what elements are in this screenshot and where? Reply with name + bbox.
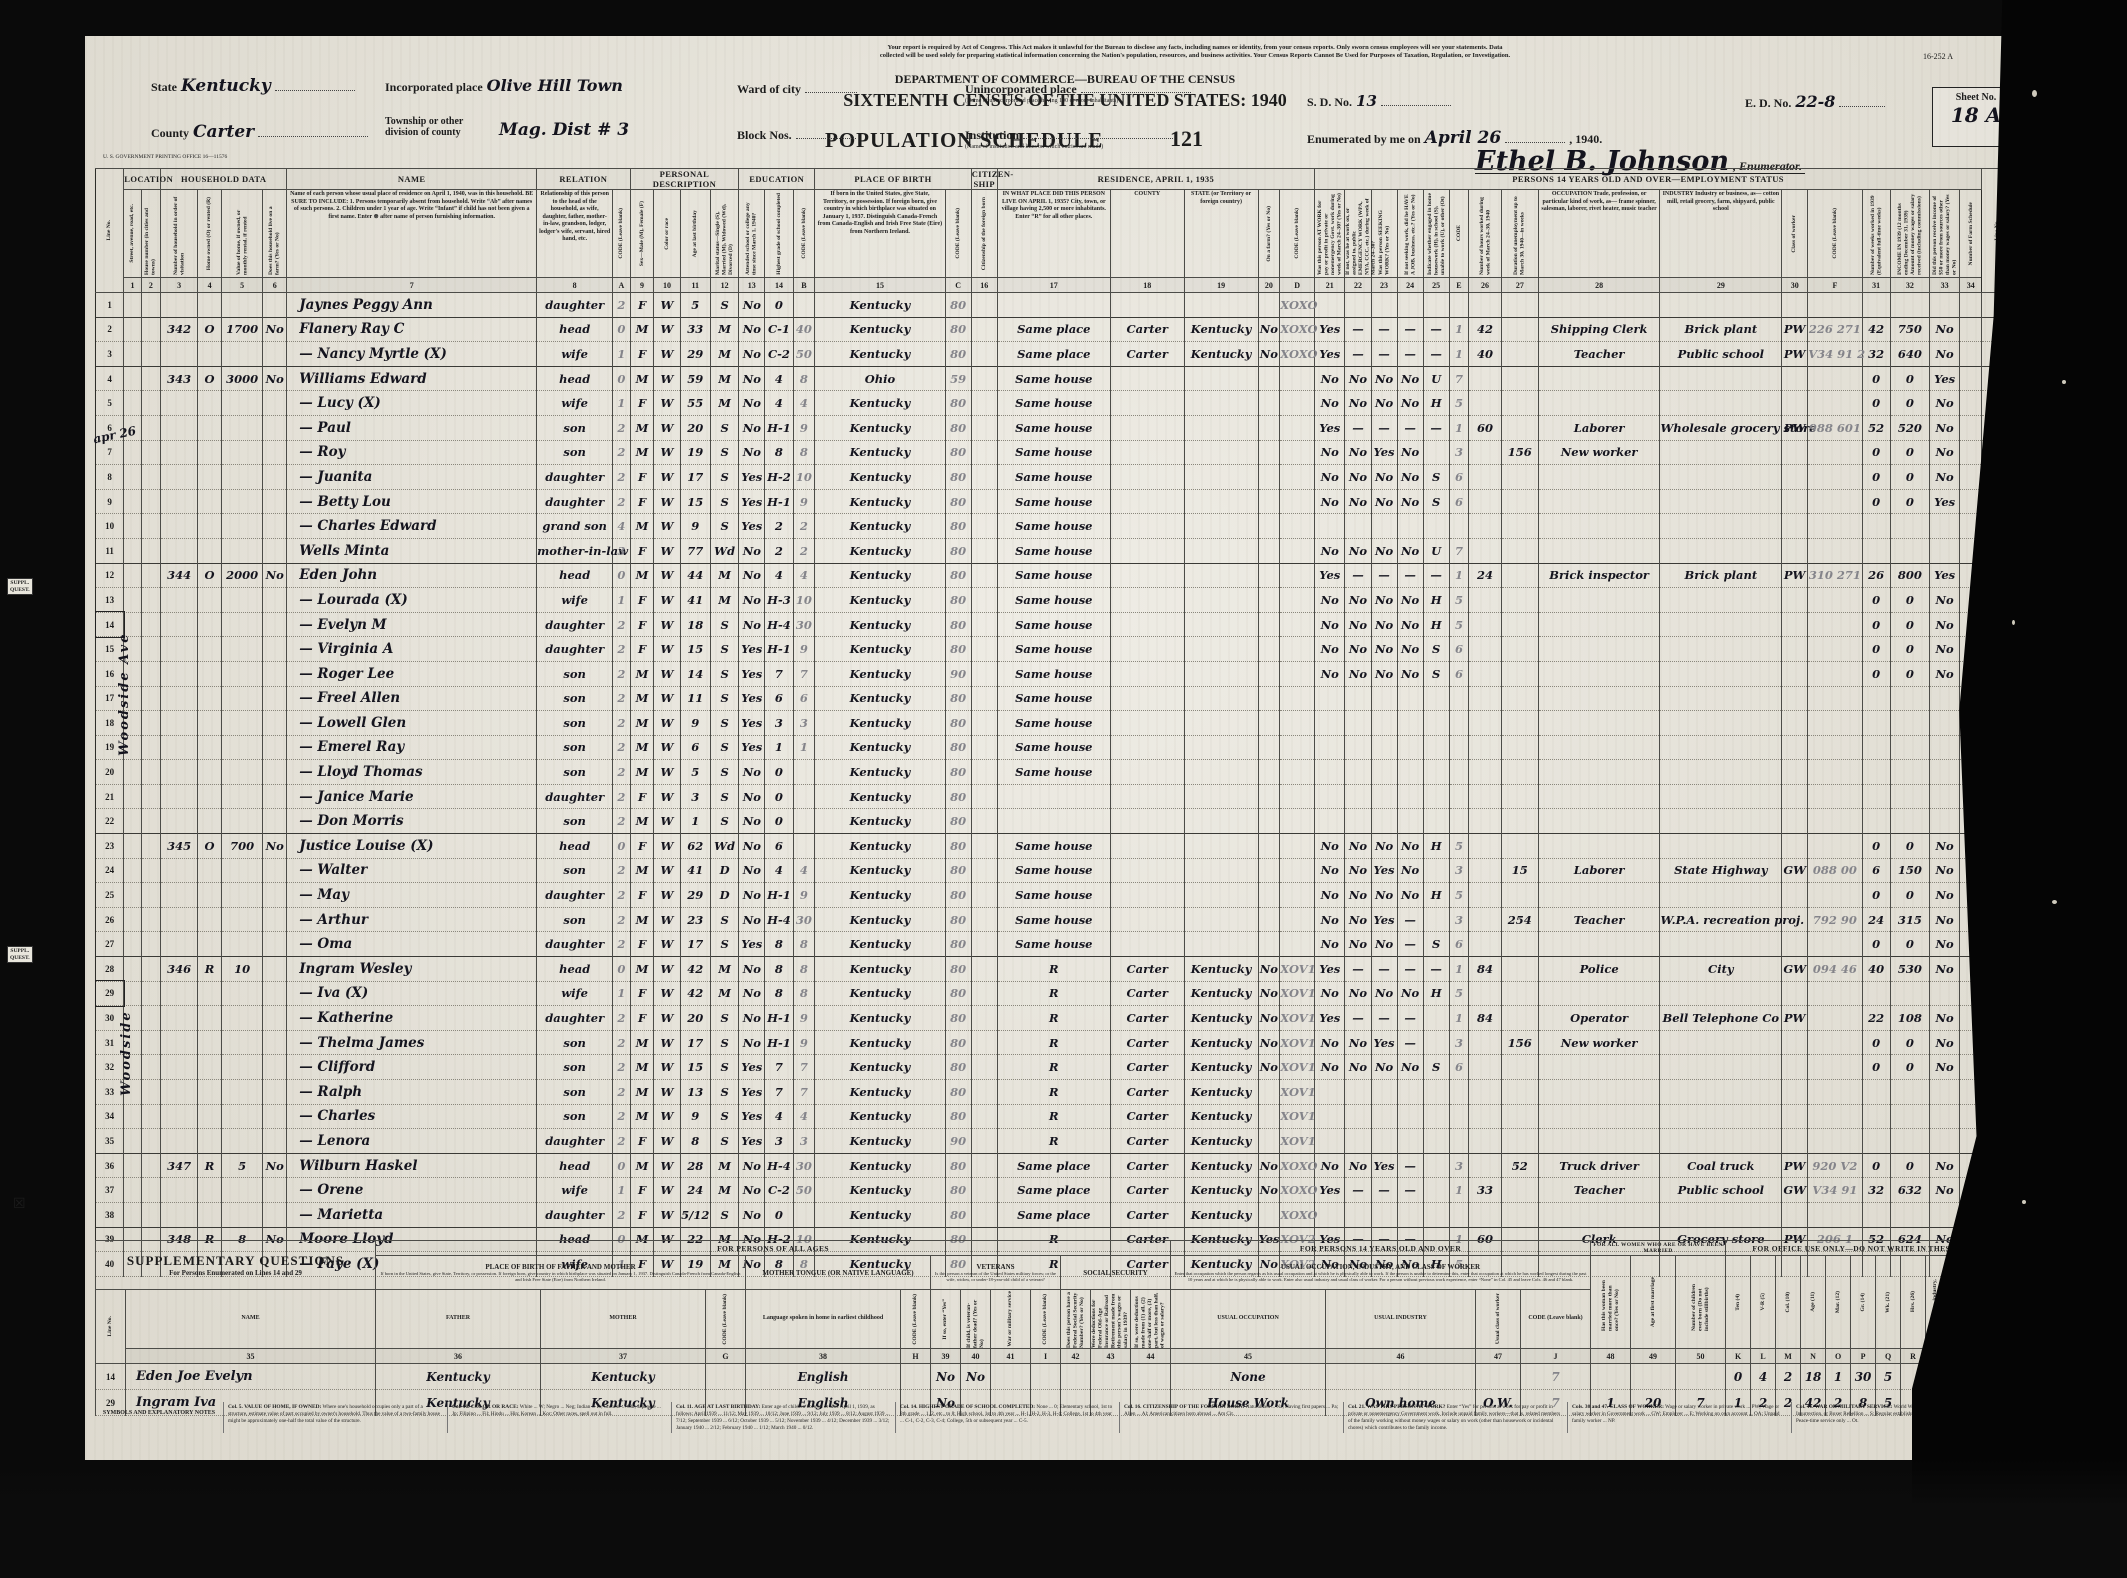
grid-cell [263, 440, 287, 465]
grid-cell [971, 415, 997, 440]
grid-cell: 2 [613, 415, 630, 440]
grid-cell: No [1345, 489, 1371, 514]
supplementary-questions-table: SUPPLEMENTARY QUESTIONSFor Persons Enume… [95, 1240, 2056, 1416]
grid-cell: 30 [793, 907, 815, 932]
grid-cell: No [1929, 1178, 1959, 1203]
grid-cell: No [1315, 858, 1345, 883]
grid-cell [1184, 366, 1258, 391]
table-row: 6— Paulson2MW20SNoH-19Kentucky80Same hou… [96, 415, 2013, 440]
grid-cell [1501, 1006, 1538, 1031]
grid-cell [1501, 735, 1538, 760]
grid-cell: 14 [96, 1364, 126, 1390]
table-row: 1Jaynes Peggy Anndaughter2FW5SNo0Kentuck… [96, 293, 2013, 318]
unincorporated-field: Unincorporated place (Name of unincorpor… [965, 80, 1225, 104]
grid-cell: Same house [997, 834, 1110, 859]
grid-cell [971, 784, 997, 809]
grid-cell: O [198, 317, 222, 342]
grid-cell [141, 760, 161, 785]
column-header: Number of Farm Schedule [1960, 190, 1982, 278]
grid-cell: Operator [1538, 1006, 1660, 1031]
column-header: USUAL OCCUPATION [1171, 1290, 1326, 1349]
grid-cell: daughter [537, 637, 613, 662]
grid-cell [1538, 661, 1660, 686]
column-header: Citizenship of the foreign born [971, 190, 997, 278]
column-header: COUNTY [1110, 190, 1184, 278]
grid-cell: 2 [765, 538, 793, 563]
table-row: 8— Juanitadaughter2FW17SYesH-210Kentucky… [96, 465, 2013, 490]
grid-cell [198, 981, 222, 1006]
grid-cell [141, 465, 161, 490]
grid-cell: No [1397, 1055, 1423, 1080]
grid-cell: H-1 [765, 415, 793, 440]
grid-cell: 156 [1501, 440, 1538, 465]
grid-cell [141, 661, 161, 686]
grid-cell [1449, 1104, 1469, 1129]
column-header: Col. (10) [1776, 1256, 1801, 1349]
grid-cell [1258, 440, 1280, 465]
grid-cell [1660, 686, 1782, 711]
grid-cell: H-1 [765, 1030, 793, 1055]
grid-cell: No [739, 760, 765, 785]
column-number: 12 [710, 278, 738, 293]
grid-cell [1501, 514, 1538, 539]
grid-cell [263, 932, 287, 957]
grid-cell: Bell Telephone Co [1660, 1006, 1782, 1031]
grid-cell: 0 [613, 834, 630, 859]
grid-cell: Yes [1315, 957, 1345, 982]
grid-cell: XOV1 [1280, 957, 1315, 982]
grid-cell: W [654, 858, 680, 883]
grid-cell: 80 [945, 809, 971, 834]
grid-cell: 1 [765, 735, 793, 760]
grid-cell [1423, 1006, 1449, 1031]
grid-cell: No [739, 612, 765, 637]
table-row: 12344O2000NoEden Johnhead0MW44MNo44Kentu… [96, 563, 2013, 588]
grid-cell: Yes [739, 661, 765, 686]
grid-cell: No [1345, 883, 1371, 908]
grid-cell [1280, 563, 1315, 588]
grid-cell: 0 [1890, 391, 1929, 416]
grid-cell [124, 1129, 141, 1154]
column-number: 5 [222, 278, 263, 293]
grid-cell: Yes [739, 465, 765, 490]
grid-cell: F [630, 637, 654, 662]
grid-cell [1501, 293, 1538, 318]
grid-cell: No [1397, 391, 1423, 416]
form-number: 16-252 A [1923, 52, 1953, 61]
column-number: 36 [376, 1349, 541, 1364]
grid-cell: S [710, 514, 738, 539]
grid-cell [1397, 1104, 1423, 1129]
grid-cell: Yes [1929, 563, 1959, 588]
grid-cell [1184, 489, 1258, 514]
grid-cell: 108 [1890, 1006, 1929, 1031]
grid-cell: Wd [710, 834, 738, 859]
grid-cell: New worker [1538, 1030, 1660, 1055]
grid-cell: 80 [945, 317, 971, 342]
grid-cell: S [710, 661, 738, 686]
grid-cell [971, 366, 997, 391]
grid-cell: daughter [537, 1006, 613, 1031]
grid-cell: 59 [945, 366, 971, 391]
grid-cell: 80 [945, 588, 971, 613]
grid-cell [1660, 514, 1782, 539]
table-row: 22— Don Morrisson2MW1SNo0Kentucky8022 [96, 809, 2013, 834]
grid-cell [1862, 686, 1890, 711]
grid-cell: 9 [793, 1030, 815, 1055]
grid-cell: Yes [1315, 1178, 1345, 1203]
column-number: 13 [739, 278, 765, 293]
grid-cell [1371, 514, 1397, 539]
grid-cell: Yes [1315, 342, 1345, 367]
explanatory-note: Col. 10. COLOR OR RACE: White ... W; Neg… [447, 1402, 671, 1433]
column-header: Name of each person whose usual place of… [287, 190, 537, 278]
grid-cell [1397, 809, 1423, 834]
grid-cell: 1 [1449, 1178, 1469, 1203]
grid-cell: W [654, 686, 680, 711]
grid-cell: 80 [945, 342, 971, 367]
grid-cell: 40 [1469, 342, 1502, 367]
state-value: Kentucky [181, 76, 271, 96]
grid-cell: M [630, 415, 654, 440]
grid-cell [1538, 391, 1660, 416]
grid-cell [1469, 981, 1502, 1006]
grid-cell: Kentucky [815, 784, 945, 809]
grid-cell: 4 [765, 366, 793, 391]
grid-cell: — Clifford [287, 1055, 537, 1080]
column-header: On a farm? (Yes or No) [1258, 190, 1280, 278]
grid-cell: R [997, 1055, 1110, 1080]
grid-cell: 6 [1862, 858, 1890, 883]
grid-cell: — [1397, 1030, 1423, 1055]
grid-cell: — Emerel Ray [287, 735, 537, 760]
grid-cell [1929, 784, 1959, 809]
section-header: EDUCATION [739, 169, 815, 190]
column-number: 40 [961, 1349, 991, 1364]
grid-cell [1538, 489, 1660, 514]
grid-cell: 80 [945, 883, 971, 908]
grid-cell: 80 [945, 538, 971, 563]
grid-cell [971, 760, 997, 785]
grid-cell: XOXO [1280, 293, 1315, 318]
grid-cell: M [630, 440, 654, 465]
grid-cell: daughter [537, 1129, 613, 1154]
grid-cell [263, 391, 287, 416]
grid-cell: — [1345, 317, 1371, 342]
grid-cell [1501, 612, 1538, 637]
grid-cell: M [710, 317, 738, 342]
grid-cell: M [630, 858, 654, 883]
grid-cell: 1 [613, 391, 630, 416]
grid-cell: 7 [765, 661, 793, 686]
column-number: 47 [1476, 1349, 1521, 1364]
grid-cell [222, 1104, 263, 1129]
explanatory-note: Col. 21. WAS THIS PERSON AT WORK? Enter … [1343, 1402, 1567, 1433]
grid-cell: 2 [613, 637, 630, 662]
grid-cell [1315, 1080, 1345, 1105]
column-number: 25 [1423, 278, 1449, 293]
grid-cell [161, 1006, 198, 1031]
grid-cell: R [198, 1153, 222, 1178]
grid-cell: M [630, 760, 654, 785]
grid-cell [1184, 907, 1258, 932]
grid-cell: H-4 [765, 1153, 793, 1178]
grid-cell: Kentucky [815, 538, 945, 563]
grid-cell: 5 [222, 1153, 263, 1178]
grid-cell [1345, 514, 1371, 539]
grid-cell: S [710, 1129, 738, 1154]
grid-cell: — [1371, 415, 1397, 440]
grid-cell [141, 1030, 161, 1055]
population-schedule-table: Line No.LOCATIONHOUSEHOLD DATANAMERELATI… [95, 168, 2013, 1277]
grid-cell: F [630, 612, 654, 637]
grid-cell: 3 [793, 711, 815, 736]
grid-cell [1280, 883, 1315, 908]
explanatory-note: Col. 16. CITIZENSHIP OF THE FOREIGN BORN… [1119, 1402, 1343, 1433]
grid-cell: — Thelma James [287, 1030, 537, 1055]
grid-cell: — [1397, 932, 1423, 957]
grid-cell [1469, 391, 1502, 416]
grid-cell [198, 735, 222, 760]
grid-cell [793, 784, 815, 809]
grid-cell: wife [537, 342, 613, 367]
grid-cell: Carter [1110, 1080, 1184, 1105]
table-row: 2342O1700NoFlanery Ray Chead0MW33MNoC-14… [96, 317, 2013, 342]
grid-cell: S [1423, 637, 1449, 662]
ward-field: Ward of city [737, 80, 857, 98]
grid-cell: No [1397, 661, 1423, 686]
grid-cell [1538, 538, 1660, 563]
column-number: 29 [1660, 278, 1782, 293]
grid-cell: 8 [793, 440, 815, 465]
grid-cell: 80 [945, 858, 971, 883]
grid-cell: M [630, 809, 654, 834]
table-row: 14— Evelyn Mdaughter2FW18SNoH-430Kentuck… [96, 612, 2013, 637]
grid-cell [161, 907, 198, 932]
grid-cell [222, 981, 263, 1006]
grid-cell: S [710, 489, 738, 514]
grid-cell [263, 1080, 287, 1105]
grid-cell: 3000 [222, 366, 263, 391]
grid-cell [1280, 784, 1315, 809]
grid-cell: Carter [1110, 981, 1184, 1006]
grid-cell: XOXO [1280, 1153, 1315, 1178]
grid-cell: W [654, 465, 680, 490]
grid-cell [1184, 612, 1258, 637]
grid-cell: 2 [613, 932, 630, 957]
grid-cell: W [654, 588, 680, 613]
grid-cell: 0 [765, 293, 793, 318]
grid-cell [1808, 366, 1862, 391]
grid-cell: 15 [1501, 858, 1538, 883]
column-header: FOR PERSONS 14 YEARS OLD AND OVER [1171, 1241, 1591, 1256]
grid-cell: 2 [613, 1080, 630, 1105]
grid-cell: 345 [161, 834, 198, 859]
grid-cell [1960, 465, 1982, 490]
grid-cell [1469, 883, 1502, 908]
grid-cell: 1 [680, 809, 710, 834]
grid-cell [198, 440, 222, 465]
column-number: 45 [1171, 1349, 1326, 1364]
grid-cell: 14 [680, 661, 710, 686]
grid-cell: 17 [680, 932, 710, 957]
grid-cell: No [1929, 415, 1959, 440]
grid-cell [1808, 661, 1862, 686]
grid-cell [1538, 1129, 1660, 1154]
grid-cell [1501, 538, 1538, 563]
grid-cell [901, 1364, 931, 1390]
grid-cell [1280, 809, 1315, 834]
grid-cell: 2 [613, 1030, 630, 1055]
grid-cell [1538, 293, 1660, 318]
grid-cell: Kentucky [376, 1364, 541, 1390]
grid-cell: No [739, 317, 765, 342]
explanatory-note: Col. 14. HIGHEST GRADE OF SCHOOL COMPLET… [895, 1402, 1119, 1433]
grid-cell [1110, 415, 1184, 440]
grid-cell: 0 [1862, 366, 1890, 391]
grid-cell [1501, 809, 1538, 834]
grid-cell [1660, 1104, 1782, 1129]
column-number: 42 [1061, 1349, 1091, 1364]
grid-cell: son [537, 440, 613, 465]
grid-cell: No [1371, 981, 1397, 1006]
grid-cell [971, 711, 997, 736]
grid-cell [1660, 834, 1782, 859]
grid-cell [1423, 711, 1449, 736]
grid-cell: No [739, 1030, 765, 1055]
grid-cell [1315, 735, 1345, 760]
grid-cell: 80 [945, 784, 971, 809]
grid-cell [1423, 1153, 1449, 1178]
grid-cell [1782, 981, 1808, 1006]
grid-cell [161, 489, 198, 514]
grid-cell: W [654, 957, 680, 982]
grid-cell: W [654, 784, 680, 809]
grid-cell: No [1345, 907, 1371, 932]
grid-cell: 343 [161, 366, 198, 391]
grid-cell [222, 612, 263, 637]
column-number: J [1521, 1349, 1591, 1364]
grid-cell [1808, 1202, 1862, 1227]
grid-cell [1660, 637, 1782, 662]
grid-cell: Kentucky [815, 1104, 945, 1129]
grid-cell: 7 [1521, 1364, 1591, 1390]
column-number: 8 [537, 278, 613, 293]
grid-cell: Eden John [287, 563, 537, 588]
grid-cell [1929, 686, 1959, 711]
grid-cell: No [1345, 1153, 1371, 1178]
grid-cell: W [654, 907, 680, 932]
grid-cell: 2 [613, 440, 630, 465]
grid-cell: S [710, 1030, 738, 1055]
grid-cell [1258, 514, 1280, 539]
grid-cell [141, 907, 161, 932]
grid-cell [1808, 981, 1862, 1006]
grid-cell [263, 661, 287, 686]
grid-cell: Carter [1110, 1030, 1184, 1055]
grid-cell [263, 637, 287, 662]
grid-cell: No [1371, 489, 1397, 514]
grid-cell: 3 [765, 1129, 793, 1154]
grid-cell: 18 [680, 612, 710, 637]
column-header: CODE (Leave blank) [945, 190, 971, 278]
grid-cell: Same house [997, 588, 1110, 613]
grid-cell: 2 [613, 883, 630, 908]
grid-cell: No [1397, 981, 1423, 1006]
grid-cell: Same house [997, 465, 1110, 490]
grid-cell [1501, 588, 1538, 613]
grid-cell: F [630, 588, 654, 613]
grid-cell: Kentucky [815, 957, 945, 982]
grid-cell: S [710, 1006, 738, 1031]
grid-cell [971, 538, 997, 563]
grid-cell [1538, 366, 1660, 391]
grid-cell: 80 [945, 1104, 971, 1129]
grid-cell [1184, 538, 1258, 563]
grid-cell [222, 1178, 263, 1203]
grid-cell: head [537, 366, 613, 391]
grid-cell: 80 [945, 637, 971, 662]
grid-cell: 80 [945, 711, 971, 736]
grid-cell [161, 1129, 198, 1154]
grid-cell [1469, 293, 1502, 318]
grid-cell: Kentucky [815, 1153, 945, 1178]
grid-cell: No [1371, 661, 1397, 686]
grid-cell [971, 465, 997, 490]
grid-cell: son [537, 415, 613, 440]
grid-cell: Truck driver [1538, 1153, 1660, 1178]
grid-cell: S [710, 612, 738, 637]
grid-cell [1862, 735, 1890, 760]
grid-cell: — [1345, 957, 1371, 982]
grid-cell [198, 686, 222, 711]
table-row: 21— Janice Mariedaughter2FW3SNo0Kentucky… [96, 784, 2013, 809]
grid-cell [1184, 809, 1258, 834]
grid-cell: No [1315, 366, 1345, 391]
grid-cell [263, 293, 287, 318]
grid-cell [1397, 760, 1423, 785]
column-number: 14 [765, 278, 793, 293]
table-row: 29— Iva (X)wife1FW42MNo88Kentucky80RCart… [96, 981, 2013, 1006]
grid-cell: Kentucky [815, 809, 945, 834]
grid-cell [1469, 784, 1502, 809]
grid-cell [1345, 711, 1371, 736]
grid-cell: — Lourada (X) [287, 588, 537, 613]
grid-cell: W [654, 711, 680, 736]
grid-cell: No [1315, 932, 1345, 957]
grid-cell: 80 [945, 981, 971, 1006]
grid-cell: 9 [793, 637, 815, 662]
grid-cell: H-1 [765, 489, 793, 514]
suppl-quest-tag-row29: SUPPL.QUEST. [7, 946, 33, 963]
grid-cell: 80 [945, 1080, 971, 1105]
column-number: 27 [1501, 278, 1538, 293]
grid-cell: No [931, 1364, 961, 1390]
grid-cell [1631, 1364, 1676, 1390]
grid-cell: No [263, 366, 287, 391]
grid-cell [222, 465, 263, 490]
grid-cell: Kentucky [815, 686, 945, 711]
grid-cell: 2 [613, 1055, 630, 1080]
grid-cell: W [654, 317, 680, 342]
grid-cell: 5 [1449, 834, 1469, 859]
grid-cell [1280, 415, 1315, 440]
column-number: 4 [198, 278, 222, 293]
grid-cell: No [739, 415, 765, 440]
grid-cell [1660, 293, 1782, 318]
grid-cell [1258, 735, 1280, 760]
population-schedule-grid: Line No.LOCATIONHOUSEHOLD DATANAMERELATI… [95, 168, 2013, 1277]
